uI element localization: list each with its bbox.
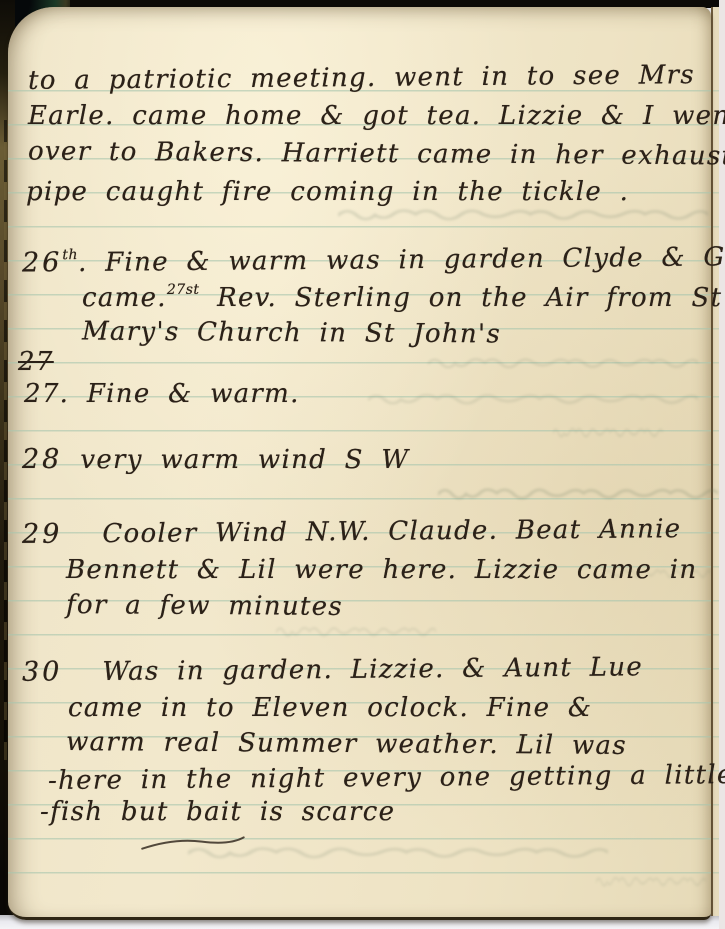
diary-line-intro-3: over to Bakers. Harriett came in her exh…: [28, 137, 725, 172]
diary-entry-28: 28very warm wind S W: [22, 445, 409, 475]
bleed-through-ghost: [368, 390, 698, 407]
entry-26-inserted-date: 27st: [167, 282, 200, 298]
diary-line-intro-4: pipe caught fire coming in the tickle .: [26, 177, 629, 207]
diary-entry-26-line-1: 26th. Fine & warm was in garden Clyde & …: [22, 242, 725, 283]
diary-entry-29-line-3: for a few minutes: [66, 590, 343, 622]
diary-entry-27-struck-date: 27: [18, 347, 54, 377]
diary-entry-30-line-1: 30Was in garden. Lizzie. & Aunt Lue: [22, 652, 643, 687]
bleed-through-ghost: [188, 843, 608, 861]
diary-entry-27: 27. Fine & warm.: [24, 379, 300, 409]
bleed-through-ghost: [553, 424, 663, 440]
bleed-through-ghost: [276, 623, 436, 639]
entry-26-text-2: Rev. Sterling on the Air from St: [217, 283, 722, 313]
entry-26-day: 26: [22, 247, 63, 278]
diary-entry-29-line-2: Bennett & Lil were here. Lizzie came in: [66, 555, 697, 585]
binding-texture: [4, 120, 7, 760]
bleed-through-ghost: [596, 873, 706, 889]
entry-28-text: very warm wind S W: [80, 445, 409, 475]
diary-line-intro-1: to a patriotic meeting. went in to see M…: [28, 60, 695, 96]
diary-entry-26-line-2: came.27st Rev. Sterling on the Air from …: [82, 283, 722, 317]
bleed-through-ghost: [428, 354, 698, 371]
diary-entry-30-line-3: warm real Summer weather. Lil was: [66, 727, 627, 761]
entry-29-day: 29: [22, 519, 63, 550]
entry-26-word: came.: [82, 283, 167, 313]
diary-entry-30-line-5: -fish but bait is scarce: [40, 797, 395, 827]
diary-entry-30-line-2: came in to Eleven oclock. Fine &: [68, 693, 592, 723]
entry-26-text: . Fine & warm was in garden Clyde & Glen…: [78, 242, 725, 278]
bleed-through-ghost: [438, 484, 718, 502]
diary-page: to a patriotic meeting. went in to see M…: [8, 7, 711, 920]
bleed-through-ghost: [338, 205, 708, 223]
entry-30-day: 30: [22, 656, 63, 687]
diary-entry-29-line-1: 29Cooler Wind N.W. Claude. Beat Annie: [22, 514, 682, 550]
diary-entry-30-line-4: -here in the night every one getting a l…: [48, 760, 725, 796]
entry-29-text-1: Cooler Wind N.W. Claude. Beat Annie: [102, 514, 681, 549]
entry-26-day-suffix: th: [62, 247, 78, 263]
entry-28-day: 28: [22, 444, 62, 475]
diary-entry-26-line-3: Mary's Church in St John's: [82, 317, 501, 350]
entry-30-text-1: Was in garden. Lizzie. & Aunt Lue: [102, 652, 643, 687]
diary-line-intro-2: Earle. came home & got tea. Lizzie & I w…: [28, 101, 725, 131]
